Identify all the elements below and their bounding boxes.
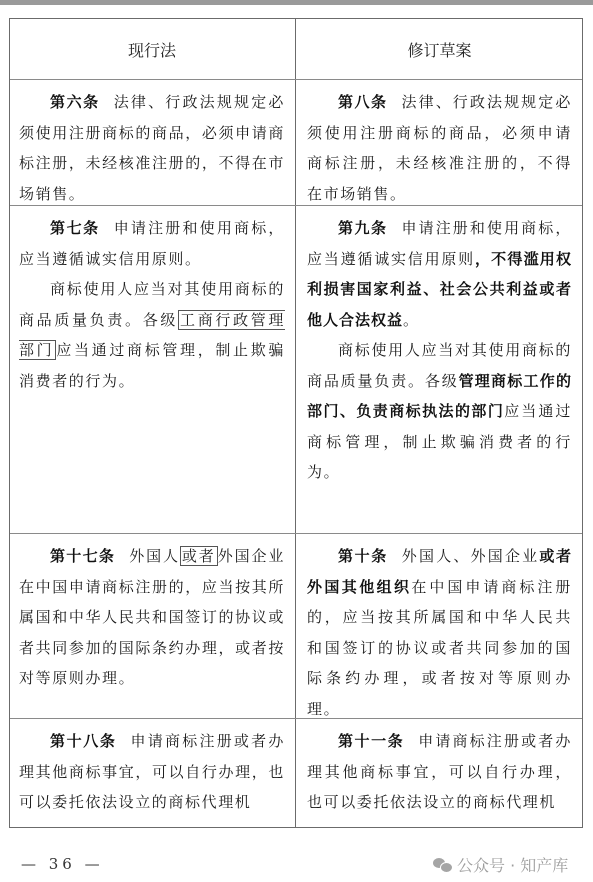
article-number: 第九条 xyxy=(338,219,388,237)
current-law-cell: 第七条申请注册和使用商标，应当遵循诚实信用原则。 商标使用人应当对其使用商标的商… xyxy=(10,206,296,533)
boxed-deleted-text: 或者 xyxy=(180,546,218,566)
table-row: 第十八条申请商标注册或者办理其他商标事宜，可以自行办理，也可以委托依法设立的商标… xyxy=(10,718,582,827)
article-text: 外国人、外国企业 xyxy=(402,547,540,565)
revised-draft-cell: 第九条申请注册和使用商标，应当遵循诚实信用原则，不得滥用权利损害国家利益、社会公… xyxy=(296,206,582,533)
watermark-text: 公众号 · 知产库 xyxy=(457,853,568,876)
article-text: 外国企业在中国申请商标注册的，应当按其所属国和中华人民共和国签订的协议或者共同参… xyxy=(19,547,285,687)
article-text: 。 xyxy=(403,311,420,329)
article-number: 第十条 xyxy=(338,547,388,565)
wechat-icon xyxy=(433,857,453,873)
article-text: 外国人 xyxy=(129,547,180,565)
header-revised-draft: 修订草案 xyxy=(296,19,582,79)
article-number: 第七条 xyxy=(50,219,100,237)
table-row: 第六条法律、行政法规规定必须使用注册商标的商品，必须申请商标注册，未经核准注册的… xyxy=(10,79,582,205)
table-row: 第十七条外国人或者外国企业在中国申请商标注册的，应当按其所属国和中华人民共和国签… xyxy=(10,533,582,718)
page-number: — 36 — xyxy=(21,855,104,873)
watermark: 公众号 · 知产库 xyxy=(433,853,568,876)
comparison-table: 现行法 修订草案 第六条法律、行政法规规定必须使用注册商标的商品，必须申请商标注… xyxy=(9,18,583,828)
article-number: 第十八条 xyxy=(50,732,117,750)
current-law-cell: 第十七条外国人或者外国企业在中国申请商标注册的，应当按其所属国和中华人民共和国签… xyxy=(10,534,296,718)
article-number: 第十七条 xyxy=(50,547,115,565)
article-number: 第十一条 xyxy=(338,732,404,750)
article-number: 第八条 xyxy=(338,93,388,111)
revised-draft-cell: 第十条外国人、外国企业或者外国其他组织在中国申请商标注册的，应当按其所属国和中华… xyxy=(296,534,582,718)
table-header-row: 现行法 修订草案 xyxy=(10,19,582,79)
article-text: 在中国申请商标注册的，应当按其所属国和中华人民共和国签订的协议或者共同参加的国际… xyxy=(307,578,572,718)
article-number: 第六条 xyxy=(50,93,100,111)
revised-draft-cell: 第八条法律、行政法规规定必须使用注册商标的商品，必须申请商标注册，未经核准注册的… xyxy=(296,80,582,205)
header-current-law: 现行法 xyxy=(10,19,296,79)
top-gray-bar xyxy=(0,0,593,5)
current-law-cell: 第十八条申请商标注册或者办理其他商标事宜，可以自行办理，也可以委托依法设立的商标… xyxy=(10,719,296,827)
current-law-cell: 第六条法律、行政法规规定必须使用注册商标的商品，必须申请商标注册，未经核准注册的… xyxy=(10,80,296,205)
revised-draft-cell: 第十一条申请商标注册或者办理其他商标事宜，可以自行办理，也可以委托依法设立的商标… xyxy=(296,719,582,827)
article-text: 应当通过商标管理，制止欺骗消费者的行为。 xyxy=(19,341,285,390)
table-row: 第七条申请注册和使用商标，应当遵循诚实信用原则。 商标使用人应当对其使用商标的商… xyxy=(10,205,582,533)
